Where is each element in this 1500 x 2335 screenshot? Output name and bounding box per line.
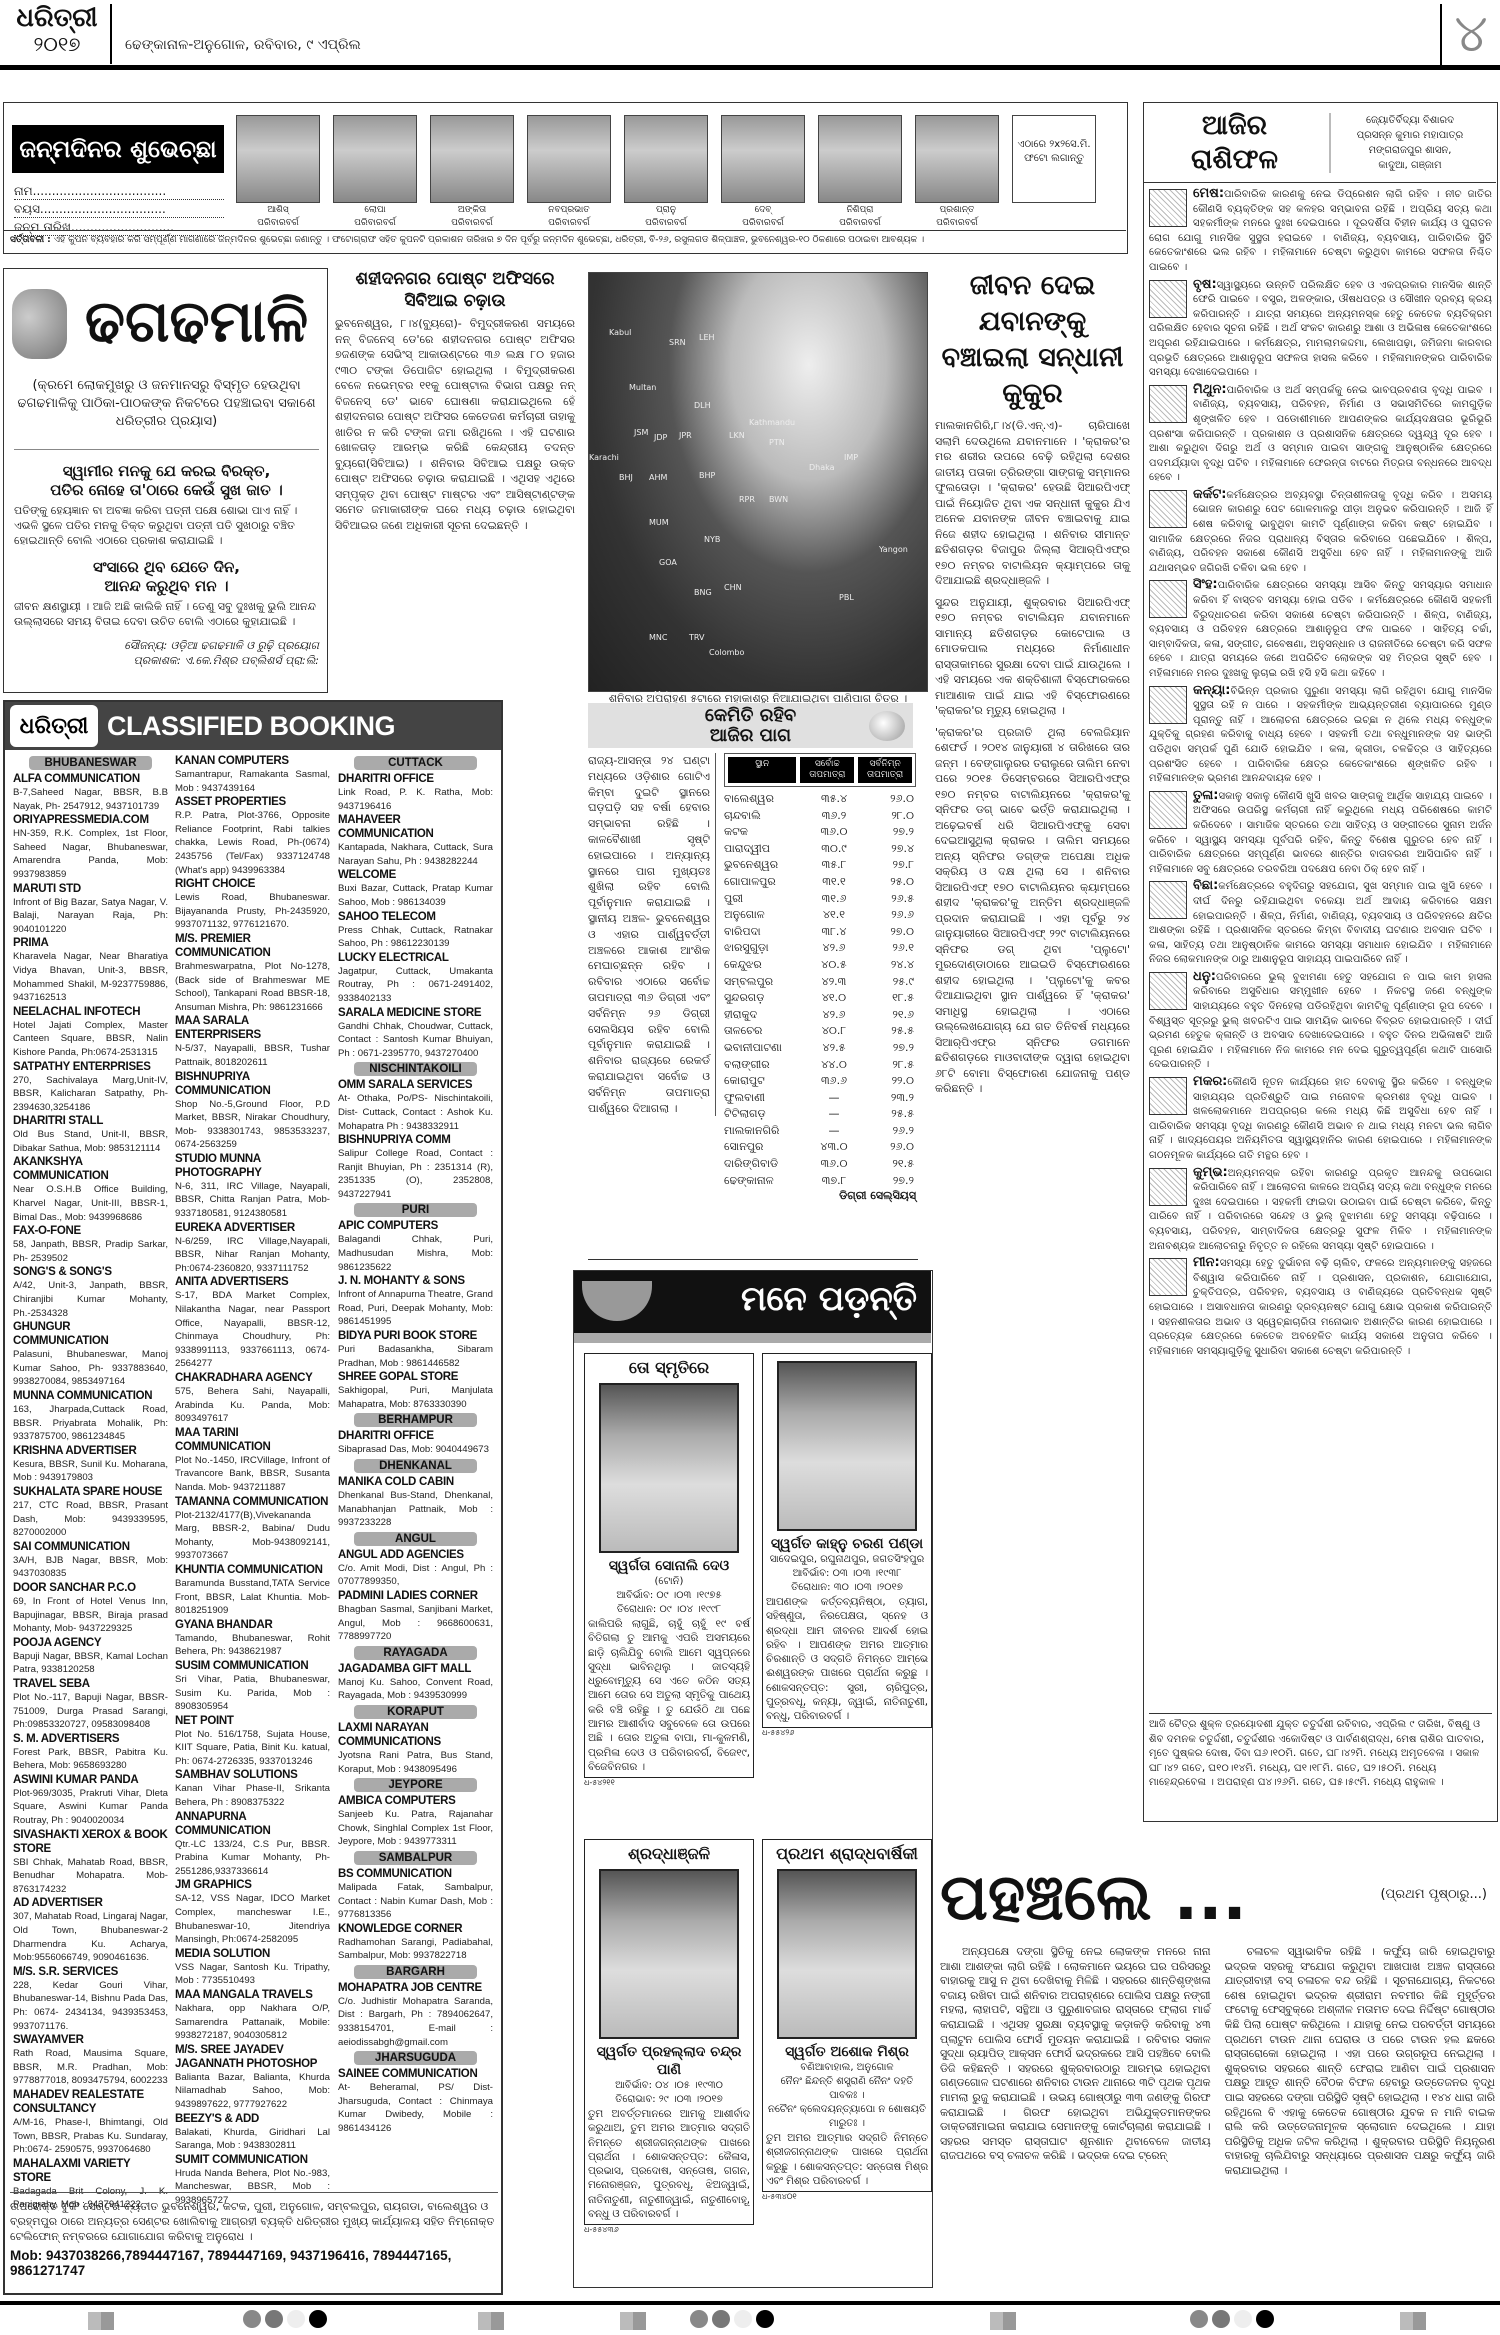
age-field[interactable]: ବୟସ................................. [14, 201, 224, 218]
station-address: 217, CTC Road, BBSR, Prasant Dash, Mob: … [13, 1499, 168, 1540]
map-city-label: BWN [769, 495, 788, 506]
table-row: ଚାନ୍ଦବାଲି୩୬.୨୨୮.୦ [724, 808, 916, 825]
ad-reference: ଧ-୫୪୨୧୧ [584, 1778, 754, 1789]
kid-name: ନିଶିପ୍ରା [818, 205, 902, 216]
couplet-line: ସଂସାରେ ଥିବ ଯେତେ ଦିନ, [14, 558, 319, 577]
obituary-wrapper: ସ୍ୱର୍ଗତ କାହ୍ନୁ ଚରଣ ପଣ୍ଡାସାଦେଇପୁର, ରଘୁନାଥ… [762, 1353, 932, 1738]
min-temp-cell: ୨୬.୬ [860, 907, 914, 924]
map-city-label: JSM [634, 428, 648, 439]
station-name: ALFA COMMUNICATION [13, 772, 168, 786]
booking-station: M/S. S.R. SERVICES228, Kedar Gouri Vihar… [13, 1965, 168, 2033]
booking-station: SAI COMMUNICATION3A/H, BJB Nagar, BBSR, … [13, 1540, 168, 1581]
station-name: ANITA ADVERTISERS [175, 1275, 330, 1289]
booking-station: NEELACHAL INFOTECHHotel Jajati Complex, … [13, 1005, 168, 1060]
bottom-rule [0, 2301, 1500, 2305]
deceased-name: ସ୍ୱର୍ଗତ ପ୍ରହଲ୍ଲାଦ ଚନ୍ଦ୍ର ପାଣି [588, 2043, 750, 2079]
booking-station: KRISHNA ADVERTISERKesura, BBSR, Sunil Ku… [13, 1444, 168, 1485]
page-header: ଧରିତ୍ରୀ ୨୦୧୭ ଢେଙ୍କାନାଳ-ଅନୁଗୋଳ, ରବିବାର, ୯… [0, 0, 1500, 70]
place-cell: ଟିଟିଲାଗଡ଼ [724, 1106, 808, 1123]
station-name: S. M. ADVERTISERS [13, 1732, 168, 1746]
station-name: DOOR SANCHAR P.C.O [13, 1581, 168, 1595]
station-address: Brahmeswarpatna, Plot No-1278, (Back sid… [175, 960, 330, 1014]
max-temp-cell: — [808, 1090, 860, 1107]
booking-station: TRAVEL SEBAPlot No.-117, Bapuji Nagar, B… [13, 1677, 168, 1732]
min-temp-cell: ୧୮.୫ [860, 990, 914, 1007]
station-name: M/S. S.R. SERVICES [13, 1965, 168, 1979]
station-name: SAI COMMUNICATION [13, 1540, 168, 1554]
station-name: SARALA MEDICINE STORE [338, 1006, 493, 1020]
map-city-label: MUM [649, 518, 669, 529]
zodiac-name: ମିଥୁନ: [1193, 382, 1227, 397]
station-name: SWAYAMVER [13, 2033, 168, 2047]
station-name: EUREKA ADVERTISER [175, 1221, 330, 1235]
kid-photo-card: ନବପ୍ରଭାତପରିବାରବର୍ଗ [527, 115, 611, 225]
city-label: BERHAMPUR [354, 1413, 477, 1427]
booking-station: BEEZY'S & ADDBalakati, Khurda, Giridhari… [175, 2112, 330, 2153]
kid-photo [333, 115, 417, 203]
table-row: ଭବାନୀପାଟଣା୪୨.୫୨୭.୨ [724, 1040, 916, 1057]
station-name: ANGUL ADD AGENCIES [338, 1548, 493, 1562]
continued-article-header: ପହଞ୍ଚଲେ ... (ପ୍ରଥମ ପୃଷ୍ଠାରୁ...) [940, 1860, 1495, 1936]
min-temp-cell: ୨୭.୨ [860, 1040, 914, 1057]
station-name: MUNNA COMMUNICATION [13, 1389, 168, 1403]
station-name: MAA TARINI COMMUNICATION [175, 1426, 330, 1454]
max-temp-cell: — [808, 1123, 860, 1140]
station-name: JAGADAMBA GIFT MALL [338, 1662, 493, 1676]
kid-photo-card: ନିଶିପ୍ରାପରିବାରବର୍ଗ [818, 115, 902, 225]
booking-station: SHREE GOPAL STORESakhigopal, Puri, Manju… [338, 1370, 493, 1411]
booking-station: ANGUL ADD AGENCIESC/o. Amit Modi, Dist :… [338, 1548, 493, 1589]
booking-station: MAHADEV REALESTATE CONSULTANCYA/M-16, Ph… [13, 2088, 168, 2157]
station-address: Balakati, Khurda, Giridhari Lal Saranga,… [175, 2126, 330, 2153]
kid-photo [721, 115, 805, 203]
max-temp-cell: ୩୫.୮ [808, 857, 860, 874]
kid-photo [818, 115, 902, 203]
zodiac-sign-icon [1149, 280, 1187, 318]
station-name: POOJA AGENCY [13, 1636, 168, 1650]
booking-station: KNOWLEDGE CORNERRadhamohan Sarangi, Padi… [338, 1922, 493, 1963]
station-name: BIDYA PURI BOOK STORE [338, 1329, 493, 1343]
article-body: ସୁନ୍ଦର ଅନୁଯାୟୀ, ଶୁକ୍ରବାର ସିଆରପିଏଫ୍ ୧୭୦ ନ… [935, 595, 1130, 719]
zodiac-prediction: ସକାଳୁ ସକାଳୁ କୌଣସି ଖୁସି ଖବର ସାଙ୍ଗକୁ ଆର୍ଥି… [1149, 791, 1492, 875]
station-name: BISHNUPRIYA COMM [338, 1133, 493, 1147]
booking-station: AMBICA COMPUTERSSanjeeb Ku. Patra, Rajan… [338, 1794, 493, 1849]
ad-reference: ଧ-୫୫୪୨୬ [762, 1728, 932, 1739]
station-name: BS COMMUNICATION [338, 1867, 493, 1881]
color-registration-dots [1190, 2310, 1274, 2328]
map-city-label: DLH [694, 401, 711, 412]
table-row: କୋରାପୁଟ୩୬.୬୨୨.୦ [724, 1073, 916, 1090]
station-name: MANIKA COLD CABIN [338, 1475, 493, 1489]
dot-icon [1212, 2310, 1230, 2328]
station-name: BISHNUPRIYA COMMUNICATION [175, 1070, 330, 1098]
classified-booking-stations: ଧରିତ୍ରୀ CLASSIFIED BOOKING STATIONS BHUB… [3, 700, 503, 2295]
zodiac-name: ମୀନ: [1193, 1255, 1220, 1270]
booking-station: MANIKA COLD CABINDhenkanal Bus-Stand, Dh… [338, 1475, 493, 1530]
zodiac-prediction: କର୍ମକ୍ଷେତ୍ରରେ ବହୁଦିଗରୁ ସହଯୋଗ, ସୁଖ ସମ୍ମାନ… [1149, 881, 1492, 965]
station-address: SBI Chhak, Mahatab Road, BBSR, Benudhar … [13, 1856, 168, 1897]
proverbs-subtitle: (କ୍ରମେ ଲୋକମୁଖରୁ ଓ ଜନମାନସରୁ ବିସ୍ମୃତ ହେଉଥି… [14, 377, 319, 431]
temperature-table: ସ୍ଥାନ ସର୍ବୋଚ୍ଚ ତାପମାତ୍ରା ସର୍ବନିମ୍ନ ତାପମା… [724, 753, 916, 1204]
city-label: JHARSUGUDA [354, 2051, 477, 2065]
booking-station: ALFA COMMUNICATIONB-7,Saheed Nagar, BBSR… [13, 772, 168, 813]
obituary-subline: ବଣିଆବାହାଲ, ଅନୁଗୋଳ [766, 2061, 928, 2075]
station-address: Plot No.-1450, IRCVillage, Infront of Tr… [175, 1454, 330, 1495]
byline-line: ଜ୍ୟୋତିର୍ବିଦ୍ୟା ବିଶାରଦ [1331, 113, 1489, 128]
birthday-title: ଜନ୍ମଦିନର ଶୁଭେଚ୍ଛା [12, 125, 224, 173]
station-name: M/S. PREMIER COMMUNICATION [175, 932, 330, 960]
obituary-notice: ଶ୍ରଦ୍ଧାଞ୍ଜଳିସ୍ୱର୍ଗତ ପ୍ରହଲ୍ଲାଦ ଚନ୍ଦ୍ର ପାଣ… [584, 1839, 754, 2225]
min-temp-cell: ୨୭.୪ [860, 841, 914, 858]
station-address: Shop No.-5,Ground Floor, P.D Market, BBS… [175, 1098, 330, 1152]
station-address: 58, Janpath, BBSR, Pradip Sarkar, Ph- 25… [13, 1238, 168, 1265]
zodiac-sign-icon [1149, 881, 1187, 919]
obituary-heading: ପ୍ରଥମ ଶ୍ରାଦ୍ଧବାର୍ଷିକୀ [766, 1843, 928, 1865]
death-date: ନଚୈନଂ କ୍ଲେଦୟନ୍ତ୍ୟାପୋ ନ ଶୋଷୟତି ମାରୁତଃ । [766, 2103, 928, 2131]
zodiac-sign-icon [1149, 385, 1187, 423]
zodiac-name: ବିଛା: [1193, 878, 1218, 893]
zodiac-prediction: କୌଣସି ନୂତନ କାର୍ଯ୍ୟରେ ହାତ ଦେବାକୁ ସ୍ଥିର କର… [1149, 1077, 1492, 1161]
station-name: PRIMA [13, 936, 168, 950]
zodiac-entry: ତୁଳା:ସକାଳୁ ସକାଳୁ କୌଣସି ଖୁସି ଖବର ସାଙ୍ଗକୁ … [1149, 789, 1492, 878]
article-headline: ଜୀବନ ଦେଇ ଯବାନଙ୍କୁ ବଞ୍ଚାଇଲା ସନ୍ଧାନୀ କୁକୁର [935, 268, 1130, 412]
station-name: MAA SARALA ENTERPRISERS [175, 1014, 330, 1042]
obituary-wrapper: ପ୍ରଥମ ଶ୍ରାଦ୍ଧବାର୍ଷିକୀସ୍ୱର୍ଗତ ଅଶୋକ ମିଶ୍ରବ… [762, 1839, 932, 2203]
booking-station: MAA SARALA ENTERPRISERSN-5/37, Nayapalli… [175, 1014, 330, 1069]
map-city-label: BHP [699, 471, 715, 482]
continued-from-label: (ପ୍ରଥମ ପୃଷ୍ଠାରୁ...) [1380, 1886, 1487, 1904]
zodiac-name: ମେଷ: [1193, 186, 1224, 201]
col-min: ସର୍ବନିମ୍ନ ତାପମାତ୍ରା [858, 757, 912, 783]
zodiac-name: କନ୍ୟା: [1193, 683, 1230, 698]
booking-station: MARUTI STDInfront of Big Bazar, Satya Na… [13, 882, 168, 937]
astrologer-byline: ଜ୍ୟୋତିର୍ବିଦ୍ୟା ବିଶାରଦ ପ୍ରସନ୍ନ କୁମାର ମହାପ… [1329, 113, 1489, 173]
booking-station: POOJA AGENCYBapuji Nagar, BBSR, Kamal Lo… [13, 1636, 168, 1677]
booking-station: BISHNUPRIYA COMMUNICATIONShop No.-5,Grou… [175, 1070, 330, 1152]
byline-line: କାଦୁଆ, ଗଞ୍ଜାମ [1331, 158, 1489, 173]
map-city-label: TRV [689, 633, 704, 644]
station-name: SIVASHAKTI XEROX & BOOK STORE [13, 1828, 168, 1856]
booking-station: MUNNA COMMUNICATION163, Jharpada,Cuttack… [13, 1389, 168, 1444]
station-name: SHREE GOPAL STORE [338, 1370, 493, 1384]
station-address: Qtr.-LC 133/24, C.S Pur, BBSR. Prabina K… [175, 1838, 330, 1879]
station-name: APIC COMPUTERS [338, 1219, 493, 1233]
zodiac-sign-icon [1149, 791, 1187, 829]
page-number: ୪ [1440, 4, 1500, 66]
station-address: Sri Vihar, Patia, Bhubaneswar, Susim Ku.… [175, 1673, 330, 1714]
min-temp-cell: ୨୭.୮ [860, 857, 914, 874]
table-row: ତାଳଚେର୪୦.୮୨୫.୫ [724, 1023, 916, 1040]
article-column: ଅନ୍ୟପକ୍ଷେ ଦଙ୍ଗା ସ୍ଥିତିକୁ ନେଇ ଲୋକଙ୍କ ମନରେ… [940, 1945, 1211, 2179]
classified-column: KANAN COMPUTERSSamantrapur, Ramakanta Sa… [175, 754, 330, 2208]
station-name: MAHAVEER COMMUNICATION [338, 813, 493, 841]
station-name: AMBICA COMPUTERS [338, 1794, 493, 1808]
booking-station: GYANA BHANDARTamando, Bhubaneswar, Rohit… [175, 1618, 330, 1659]
station-name: OMM SARALA SERVICES [338, 1078, 493, 1092]
zodiac-entry: ମୀନ:ସମସ୍ୟା ହେତୁ ଦୁର୍ଭାବନା ବଢ଼ି ଚାଲିବ, ଫଳ… [1149, 1256, 1492, 1359]
station-address: 270, Sachivalaya Marg,Unit-IV, BBSR, Kal… [13, 1074, 168, 1115]
station-address: Infront of Big Bazar, Satya Nagar, V. Ba… [13, 896, 168, 937]
booking-station: MAHAVEER COMMUNICATIONKantapada, Nakhara… [338, 813, 493, 868]
couplet-explanation: ପତିଙ୍କୁ ହେୟଜ୍ଞାନ ବା ଅବଜ୍ଞା କରିବା ପତ୍ନୀ ପ… [14, 503, 319, 548]
station-address: Nakhara, opp Nakhara O/P, Samarendra Pat… [175, 2002, 330, 2043]
sniffer-dog-article: ଜୀବନ ଦେଇ ଯବାନଙ୍କୁ ବଞ୍ଚାଇଲା ସନ୍ଧାନୀ କୁକୁର… [935, 268, 1130, 1097]
sun-cloud-icon [869, 711, 905, 741]
zodiac-entry: କର୍କଟ:କର୍ମକ୍ଷେତ୍ରର ଅବ୍ୟବସ୍ଥା ଚିନ୍ତାଶୀଳତା… [1149, 488, 1492, 577]
booking-station: SONG'S & SONG'SA/42, Unit-3, Janpath, BB… [13, 1265, 168, 1320]
zodiac-entry: ଧନୁ:ପରିବାରରେ ଭୁଲ୍ ବୁଝାମଣା ହେତୁ ସହଯୋଗ ନ ପ… [1149, 970, 1492, 1073]
table-row: ହୀରାକୁଦ୪୨.୬୨୧.୬ [724, 1007, 916, 1024]
table-row: ବଲାଙ୍ଗୀର୪୪.୦୨୮.୫ [724, 1057, 916, 1074]
booking-station: ASWINI KUMAR PANDAPlot-969/3035, Prakrut… [13, 1773, 168, 1828]
zodiac-prediction: ଅନ୍ୟମନସ୍କ ରହିବା କାରଣରୁ ପ୍ରକୃତ ଆନନ୍ଦକୁ ଉପ… [1149, 1168, 1492, 1252]
max-temp-cell: ୩୬.୬ [808, 1073, 860, 1090]
station-name: DHARITRI STALL [13, 1114, 168, 1128]
min-temp-cell: ୨୭.୨ [860, 824, 914, 841]
station-name: MOHAPATRA JOB CENTRE [338, 1981, 493, 1995]
kid-photo-card: ଦେବ୍ପରିବାରବର୍ଗ [721, 115, 805, 225]
place-cell: ବାରିପଦା [724, 924, 808, 941]
max-temp-cell: ୪୨.୬ [808, 940, 860, 957]
booking-station: BS COMMUNICATIONMalipada Fatak, Sambalpu… [338, 1867, 493, 1922]
station-address: Near O.S.H.B Office Building, Kharvel Na… [13, 1183, 168, 1224]
city-label: CUTTACK [354, 756, 477, 770]
max-temp-cell: ୪୨.୬ [808, 1007, 860, 1024]
booking-station: ANITA ADVERTISERSS-17, BDA Market Comple… [175, 1275, 330, 1371]
station-name: SAMBHAV SOLUTIONS [175, 1768, 330, 1782]
dot-icon [1234, 2310, 1252, 2328]
place-cell: ଝାରସୁଗୁଡ଼ା [724, 940, 808, 957]
booking-station: DHARITRI OFFICESibaprasad Das, Mob: 9040… [338, 1429, 493, 1457]
article-headline: ଶହୀଦନଗର ପୋଷ୍ଟ ଅଫିସରେ ସିବିଆଇ ଚଢ଼ାଉ [335, 268, 575, 312]
booking-station: J. N. MOHANTY & SONSInfront of Annapurna… [338, 1274, 493, 1329]
obituary-heading: ଶ୍ରଦ୍ଧାଞ୍ଜଳି [588, 1843, 750, 1865]
booking-station: KHUNTIA COMMUNICATIONBaramunda Busstand,… [175, 1563, 330, 1618]
dot-icon [1256, 2310, 1274, 2328]
kid-photo-card: ପ୍ରାନୁପରିବାରବର୍ଗ [624, 115, 708, 225]
station-address: N-6, 311, IRC Village, Nayapali, BBSR, C… [175, 1180, 330, 1221]
booking-station: M/S. PREMIER COMMUNICATIONBrahmeswarpatn… [175, 932, 330, 1014]
title-line: ଆଜିର [1152, 109, 1317, 143]
city-label: JEYPORE [354, 1778, 477, 1792]
booking-station: ANNAPURNA COMMUNICATIONQtr.-LC 133/24, C… [175, 1810, 330, 1879]
weather-title: କେମିତି ରହିବ ଆଜିର ପାଗ [588, 703, 913, 748]
place-cell: ଚାନ୍ଦବାଲି [724, 808, 808, 825]
table-row: ବାଲେଶ୍ୱର୩୫.୪୨୬.୦ [724, 791, 916, 808]
city-label: SAMBALPUR [354, 1851, 477, 1865]
station-address: N-5/37, Nayapalli, BBSR, Tushar Pattnaik… [175, 1042, 330, 1069]
zodiac-sign-icon [1149, 580, 1187, 618]
booking-station: GHUNGUR COMMUNICATIONPalasuni, Bhubanesw… [13, 1320, 168, 1389]
table-row: ପୁରୀ୩୧.୬୨୬.୫ [724, 891, 916, 908]
station-address: Tamando, Bhubaneswar, Rohit Behera, Ph: … [175, 1632, 330, 1659]
registration-mark-icon [1400, 2312, 1426, 2330]
zodiac-name: କୁମ୍ଭ: [1193, 1165, 1228, 1180]
booking-station: DHARITRI OFFICELink Road, P. K. Ratha, M… [338, 772, 493, 813]
min-temp-cell: ୨୭.୦ [860, 924, 914, 941]
classified-header: ଧରିତ୍ରୀ CLASSIFIED BOOKING STATIONS [5, 702, 501, 750]
station-name: NEELACHAL INFOTECH [13, 1005, 168, 1019]
station-address: C/o. Judhistir Mohapatra Saranda, Dist :… [338, 1995, 493, 2049]
kid-family: ପରିବାରବର୍ଗ [915, 218, 999, 229]
station-name: ASWINI KUMAR PANDA [13, 1773, 168, 1787]
zodiac-prediction: ସମସ୍ୟା ହେତୁ ଦୁର୍ଭାବନା ବଢ଼ି ଚାଲିବ, ଫଳରେ ଅ… [1149, 1258, 1492, 1357]
station-address: 69, In Front of Hotel Venus Inn, Bapujin… [13, 1595, 168, 1636]
kid-name: ପ୍ରାନୁ [624, 205, 708, 216]
table-row: ଅନୁଗୋଳ୪୧.୧୨୬.୬ [724, 907, 916, 924]
name-field[interactable]: ନାମ................................... [14, 183, 224, 200]
station-name: MAHADEV REALESTATE CONSULTANCY [13, 2088, 168, 2116]
booking-station: LAXMI NARAYAN COMMUNICATIONSJyotsna Rani… [338, 1721, 493, 1776]
birth-date: ଆବିର୍ଭାବ: ୦୩ ।୦୩ ।୧୯୩୮ [766, 1567, 928, 1581]
zodiac-sign-icon [1149, 1258, 1187, 1296]
birthday-greetings-box: ଜନ୍ମଦିନର ଶୁଭେଚ୍ଛା ନାମ...................… [3, 102, 1128, 254]
booking-station: MAA TARINI COMMUNICATIONPlot No.-1450, I… [175, 1426, 330, 1495]
station-name: GYANA BHANDAR [175, 1618, 330, 1632]
station-name: TAMANNA COMMUNICATION [175, 1495, 330, 1509]
obituary-text: କାଲିପରି ଲାଗୁଛି, ଚାହୁଁ ଚାହୁଁ ୧୯ ବର୍ଷ ବିତି… [588, 1617, 750, 1774]
map-city-label: PTN [769, 438, 785, 449]
zodiac-entry: ବିଛା:କର୍ମକ୍ଷେତ୍ରରେ ବହୁଦିଗରୁ ସହଯୋଗ, ସୁଖ ସ… [1149, 879, 1492, 968]
couplet-explanation: ଜୀବନ କ୍ଷଣସ୍ଥାୟୀ । ଆଜି ଅଛି କାଲିକି ନାହିଁ ।… [14, 599, 319, 629]
map-city-label: LEH [699, 333, 715, 344]
kid-photo-card: ଲୋପାପରିବାରବର୍ଗ [333, 115, 417, 225]
station-name: SUKHALATA SPARE HOUSE [13, 1485, 168, 1499]
booking-station: DOOR SANCHAR P.C.O69, In Front of Hotel … [13, 1581, 168, 1636]
booking-station: TAMANNA COMMUNICATIONPlot-2132/4177(B),V… [175, 1495, 330, 1563]
zodiac-name: କର୍କଟ: [1193, 487, 1226, 502]
booking-station: FAX-O-FONE58, Janpath, BBSR, Pradip Sark… [13, 1224, 168, 1265]
place-cell: ଭବାନୀପାଟଣା [724, 1040, 808, 1057]
table-row: ସମ୍ବଲପୁର୪୨.୩୨୫.୯ [724, 974, 916, 991]
station-address: Sibaprasad Das, Mob: 9040449673 [338, 1443, 493, 1457]
dot-icon [287, 2310, 305, 2328]
kid-name: ନବପ୍ରଭାତ [527, 205, 611, 216]
booking-station: BIDYA PURI BOOK STOREPuri Badasankha, Si… [338, 1329, 493, 1370]
map-city-label: RPR [739, 495, 755, 506]
station-address: Plot No. 516/1758, Sujata House, KIIT Sq… [175, 1728, 330, 1769]
station-address: SA-12, VSS Nagar, IDCO Market Complex, m… [175, 1892, 330, 1946]
place-cell: କେନ୍ଦୁଝର [724, 957, 808, 974]
station-address: Buxi Bazar, Cuttack, Pratap Kumar Sahoo,… [338, 882, 493, 909]
horoscope-box: ଆଜିର ରାଶିଫଳ ଜ୍ୟୋତିର୍ବିଦ୍ୟା ବିଶାରଦ ପ୍ରସନ୍… [1143, 102, 1498, 1822]
booking-station: SWAYAMVERRath Road, Mausima Square, BBSR… [13, 2033, 168, 2088]
registration-mark-icon [478, 2312, 504, 2330]
place-cell: ସୁନ୍ଦରଗଡ଼ [724, 990, 808, 1007]
place-cell: କଟକ [724, 824, 808, 841]
station-address: Kantapada, Nakhara, Cuttack, Sura Naraya… [338, 841, 493, 868]
max-temp-cell: ୪୧.୧ [808, 907, 860, 924]
station-address: Radhamohan Sarangi, Padiabahal, Sambalpu… [338, 1936, 493, 1963]
booking-station: PRIMAKharavela Nagar, Near Bharatiya Vid… [13, 936, 168, 1004]
booking-station: KANAN COMPUTERSSamantrapur, Ramakanta Sa… [175, 754, 330, 795]
station-name: AKANKSHYA COMMUNICATION [13, 1155, 168, 1183]
min-temp-cell: ୨୮.୦ [860, 808, 914, 825]
booking-station: BISHNUPRIYA COMMSalipur College Road, Co… [338, 1133, 493, 1201]
station-address: R.P. Patra, Plot-3766, Opposite Reliance… [175, 809, 330, 877]
zodiac-list: ମେଷ:ପାରିବାରିକ କାରଣକୁ ନେଇ ଡିପ୍ରେଶନ ଲାଗି ର… [1149, 187, 1492, 1361]
death-date: ତିରୋଧାନ: ୩୦ ।୦୩ ।୨୦୧୭ [766, 1581, 928, 1595]
deceased-name: ସ୍ୱର୍ଗତା ସୋନାଲି ଦେଓ [588, 1557, 750, 1575]
obituary-subline: ସାଦେଇପୁର, ରଘୁନାଥପୁର, ଜଗତସିଂହପୁର [766, 1553, 928, 1567]
station-name: ORIYAPRESSMEDIA.COM [13, 813, 168, 827]
map-city-label: LKN [729, 431, 745, 442]
station-address: Salipur College Road, Contact : Ranjit B… [338, 1147, 493, 1201]
station-name: BEEZY'S & ADD [175, 2112, 330, 2126]
place-cell: ତାଳଚେର [724, 1023, 808, 1040]
booking-station: LUCKY ELECTRICALJagatpur, Cuttack, Umaka… [338, 951, 493, 1006]
article-body: ଭୁବନେଶ୍ୱର, ୮।୪(ବ୍ୟୁରୋ)- ବିମୁଦ୍ରୀକରଣ ସମୟର… [335, 316, 575, 533]
dot-icon [734, 2310, 752, 2328]
station-name: M/S. SREE JAYADEV JAGANNATH PHOTOSHOP [175, 2043, 330, 2071]
zodiac-prediction: ପାରିବାରିକ କାରଣକୁ ନେଇ ଡିପ୍ରେଶନ ଲାଗି ରହିବ … [1149, 189, 1492, 273]
station-name: KHUNTIA COMMUNICATION [175, 1563, 330, 1577]
station-address: Bapuji Nagar, BBSR, Kamal Lochan Patra, … [13, 1650, 168, 1677]
table-row: ଟିଟିଲାଗଡ଼—୨୫.୫ [724, 1106, 916, 1123]
booking-station: MAA MANGALA TRAVELSNakhara, opp Nakhara … [175, 1988, 330, 2043]
obituary-heading: ତୋ ସ୍ମୃତିରେ [588, 1357, 750, 1379]
place-cell: ପାରାଦ୍ୱୀପ [724, 841, 808, 858]
station-name: NET POINT [175, 1714, 330, 1728]
station-name: CHAKRADHARA AGENCY [175, 1371, 330, 1385]
station-name: ASSET PROPERTIES [175, 795, 330, 809]
obituary-notice: ପ୍ରଥମ ଶ୍ରାଦ୍ଧବାର୍ଷିକୀସ୍ୱର୍ଗତ ଅଶୋକ ମିଶ୍ରବ… [762, 1839, 932, 2192]
station-name: RIGHT CHOICE [175, 877, 330, 891]
station-address: 307, Mahatab Road, Lingaraj Nagar, Old T… [13, 1910, 168, 1964]
zodiac-prediction: କର୍ମକ୍ଷେତ୍ରର ଅବ୍ୟବସ୍ଥା ଚିନ୍ତାଶୀଳତାକୁ ବୃଦ… [1149, 490, 1492, 574]
station-address: VSS Nagar, Santosh Ku. Tripathy, Mob : 7… [175, 1961, 330, 1988]
obituary-wrapper: ଶ୍ରଦ୍ଧାଞ୍ଜଳିସ୍ୱର୍ଗତ ପ୍ରହଲ୍ଲାଦ ଚନ୍ଦ୍ର ପାଣ… [584, 1839, 754, 2236]
booking-station: ASSET PROPERTIESR.P. Patra, Plot-3766, O… [175, 795, 330, 877]
min-temp-cell: ୨୧.୬ [860, 1007, 914, 1024]
table-row: ସୋନପୁର୪୩.୦୨୬.୦ [724, 1139, 916, 1156]
zodiac-name: ତୁଳା: [1193, 788, 1219, 803]
obituary-text: ତୁମ ଅବର୍ତ୍ତମାନରେ ଆମକୁ ଆଶୀର୍ବାଦ କରୁଥାଅ, ତ… [588, 2107, 750, 2221]
station-name: LAXMI NARAYAN COMMUNICATIONS [338, 1721, 493, 1749]
kid-photo [527, 115, 611, 203]
map-city-label: CHN [724, 583, 742, 594]
title-line: ରାଶିଫଳ [1152, 143, 1317, 177]
deceased-name: ସ୍ୱର୍ଗତ ଅଶୋକ ମିଶ୍ର [766, 2043, 928, 2061]
table-row: ଗୋପାଳପୁର୩୧.୧୨୫.୦ [724, 874, 916, 891]
proverbs-body: ସ୍ୱାମୀର ମନକୁ ଯେ କରଇ ବିରକ୍ତ, ପତିର ନୋହେ ତା… [14, 449, 319, 669]
portrait-photo [599, 1383, 739, 1553]
kid-family: ପରିବାରବର୍ଗ [333, 218, 417, 229]
place-cell: କୋରାପୁଟ [724, 1073, 808, 1090]
max-temp-cell: — [808, 1106, 860, 1123]
dot-icon [690, 2310, 708, 2328]
registration-mark-icon [990, 2312, 1016, 2330]
zodiac-prediction: ପାରିବାରିକ କ୍ଷେତ୍ରରେ ସମସ୍ୟା ଆସିବ କିନ୍ତୁ ସ… [1149, 580, 1492, 679]
dot-icon [265, 2310, 283, 2328]
place-cell: ହୀରାକୁଦ [724, 1007, 808, 1024]
station-name: PADMINI LADIES CORNER [338, 1589, 493, 1603]
station-address: N-6/259, IRC Village,Nayapali, BBSR, Nih… [175, 1235, 330, 1276]
map-city-label: IMP [844, 453, 858, 464]
map-city-label: MNC [649, 633, 667, 644]
min-temp-cell: ୨୧.୫ [860, 1156, 914, 1173]
masthead: ଧରିତ୍ରୀ ୨୦୧୭ [4, 4, 112, 64]
obituary-notice: ତୋ ସ୍ମୃତିରେସ୍ୱର୍ଗତା ସୋନାଲି ଦେଓ(ଟୋନି)ଆବିର… [584, 1353, 754, 1778]
station-address: Kanan Vihar Phase-II, Srikanta Behera, P… [175, 1782, 330, 1809]
zodiac-name: ମକର: [1193, 1074, 1227, 1089]
table-row: କେନ୍ଦୁଝର୪୦.୫୨୪.୪ [724, 957, 916, 974]
birth-date: ଆବିର୍ଭାବ: ୦୪ ।୦୫ ।୧୯୩୦ [588, 2079, 750, 2093]
station-name: MAA MANGALA TRAVELS [175, 1988, 330, 2002]
map-city-label: SRN [669, 338, 686, 349]
kid-photo [915, 115, 999, 203]
kid-family: ପରିବାରବର୍ଗ [818, 218, 902, 229]
